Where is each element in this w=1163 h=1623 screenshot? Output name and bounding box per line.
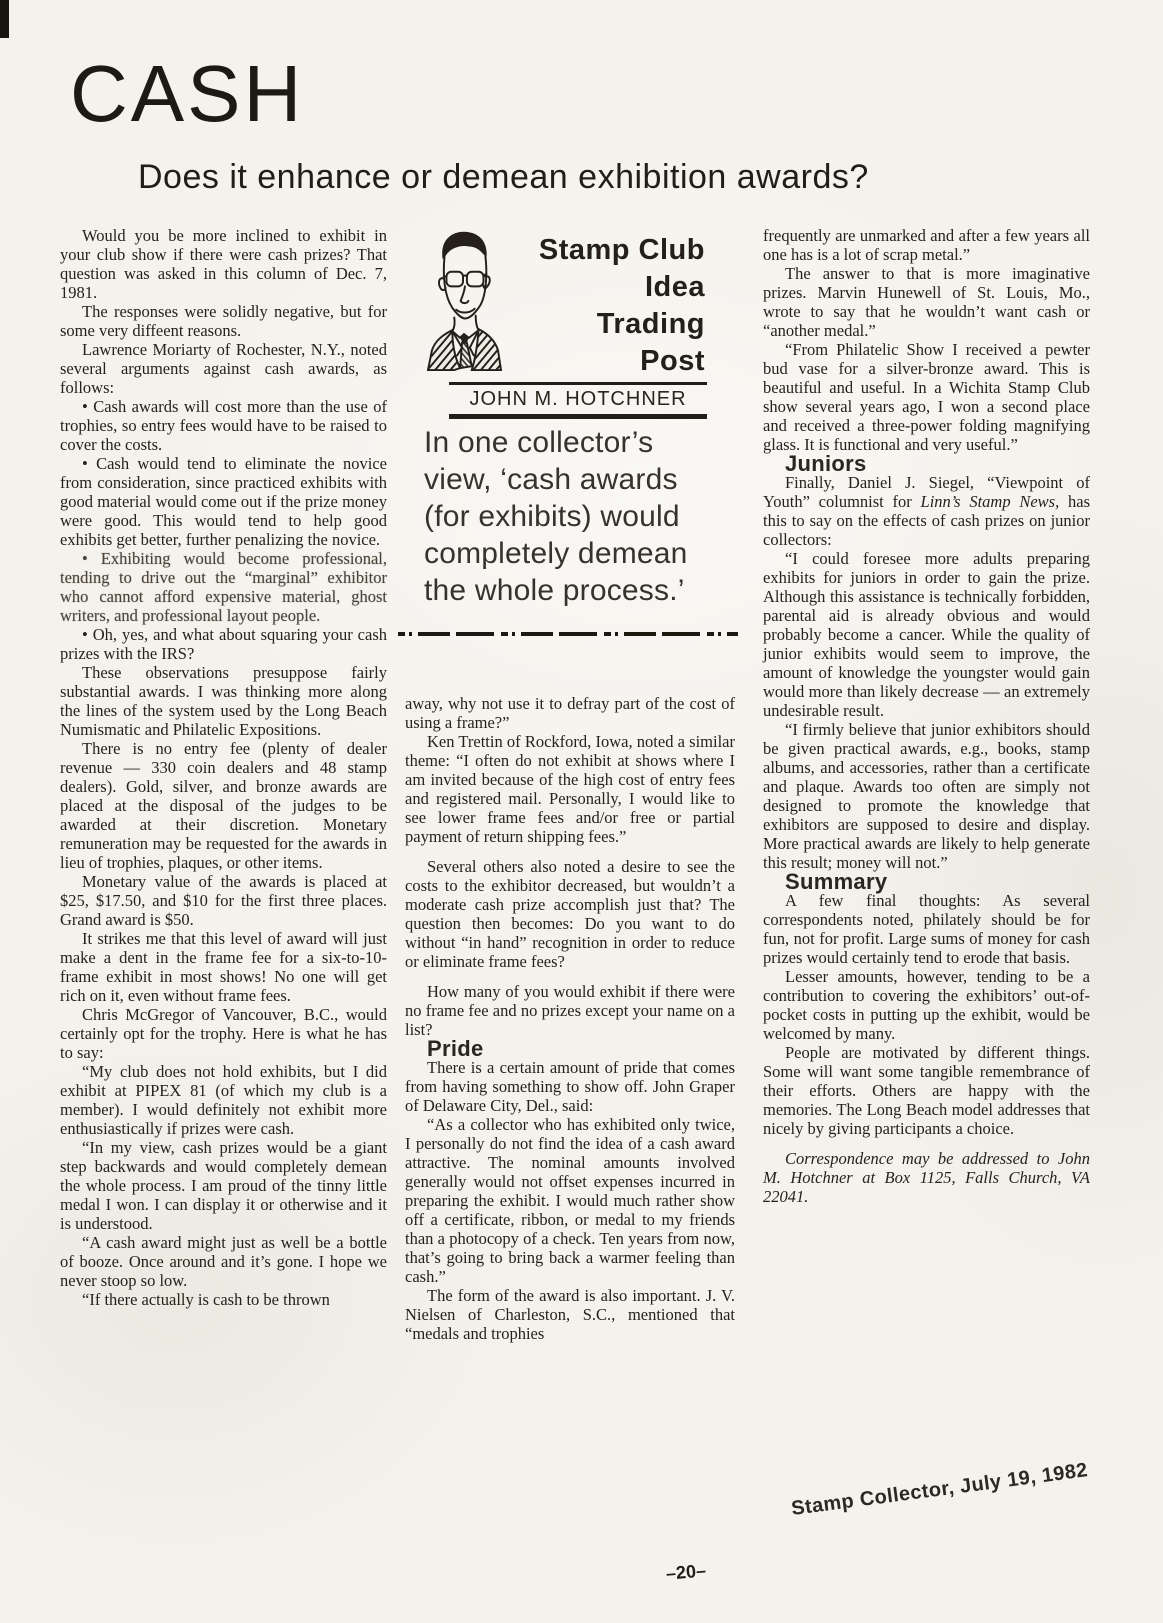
masthead-name: Stamp Club Idea Trading Post [503,218,707,380]
bullet-paragraph: • Cash would tend to eliminate the novic… [60,454,387,549]
dashed-divider [398,632,738,636]
body-paragraph: There is a certain amount of pride that … [405,1058,735,1115]
body-paragraph: Ken Trettin of Rockford, Iowa, noted a s… [405,732,735,846]
section-heading-pride: Pride [405,1039,735,1058]
column-right: frequently are unmarked and after a few … [763,226,1090,1206]
bullet-paragraph: • Exhibiting would become professional, … [60,549,387,625]
scan-artifact-mark [0,0,9,38]
masthead-name-line: Stamp Club [503,232,705,269]
body-paragraph: It strikes me that this level of award w… [60,929,387,1005]
body-paragraph: A few final thoughts: As several corresp… [763,891,1090,967]
pull-quote: In one collector’s view, ‘cash awards (f… [424,424,724,609]
body-paragraph: “I could foresee more adults preparing e… [763,549,1090,720]
body-paragraph: “If there actually is cash to be thrown [60,1290,387,1309]
section-heading-juniors: Juniors [763,454,1090,473]
publication-credit: Stamp Collector, July 19, 1982 [790,1459,1089,1521]
body-paragraph: There is no entry fee (plenty of dealer … [60,739,387,872]
body-paragraph: These observations presuppose fairly sub… [60,663,387,739]
correspondence-note: Correspondence may be addressed to John … [763,1149,1090,1206]
section-heading-summary: Summary [763,872,1090,891]
masthead-byline: JOHN M. HOTCHNER [449,385,707,411]
body-paragraph: away, why not use it to defray part of t… [405,694,735,732]
masthead-top-row: Stamp Club Idea Trading Post [425,218,707,380]
body-paragraph: The responses were solidly negative, but… [60,302,387,340]
body-paragraph: Monetary value of the awards is placed a… [60,872,387,929]
bullet-paragraph: • Cash awards will cost more than the us… [60,397,387,454]
body-paragraph: Finally, Daniel J. Siegel, “Viewpoint of… [763,473,1090,549]
body-paragraph: The form of the award is also important.… [405,1286,735,1343]
body-paragraph: Chris McGregor of Vancouver, B.C., would… [60,1005,387,1062]
scanned-article-page: CASH Does it enhance or demean exhibitio… [0,0,1163,1623]
body-paragraph: People are motivated by different things… [763,1043,1090,1138]
body-paragraph: Several others also noted a desire to se… [405,857,735,971]
article-title: CASH [70,48,304,140]
body-paragraph: Would you be more inclined to exhibit in… [60,226,387,302]
masthead-rules: JOHN M. HOTCHNER [449,382,707,419]
column-logo-box: Stamp Club Idea Trading Post JOHN M. HOT… [425,218,707,419]
masthead-name-line: Post [503,343,705,380]
article-subtitle: Does it enhance or demean exhibition awa… [138,158,1038,197]
column-left: Would you be more inclined to exhibit in… [60,226,387,1309]
masthead-name-line: Idea [503,269,705,306]
body-paragraph: The answer to that is more imaginative p… [763,264,1090,340]
body-paragraph: “I firmly believe that junior exhibitors… [763,720,1090,872]
body-paragraph: “A cash award might just as well be a bo… [60,1233,387,1290]
body-paragraph: frequently are unmarked and after a few … [763,226,1090,264]
body-paragraph: “As a collector who has exhibited only t… [405,1115,735,1286]
body-paragraph: “In my view, cash prizes would be a gian… [60,1138,387,1233]
rule-thick [449,414,707,419]
body-paragraph: How many of you would exhibit if there w… [405,982,735,1039]
bullet-paragraph: • Oh, yes, and what about squaring your … [60,625,387,663]
masthead-name-line: Trading [503,306,705,343]
body-paragraph: Lawrence Moriarty of Rochester, N.Y., no… [60,340,387,397]
body-paragraph: Lesser amounts, however, tending to be a… [763,967,1090,1043]
body-paragraph: “My club does not hold exhibits, but I d… [60,1062,387,1138]
page-number: –20– [665,1560,707,1584]
columnist-portrait-icon [425,226,503,372]
italic-publication-name: Linn’s Stamp News, [921,492,1060,511]
body-paragraph: “From Philatelic Show I received a pewte… [763,340,1090,454]
column-middle: away, why not use it to defray part of t… [405,694,735,1343]
